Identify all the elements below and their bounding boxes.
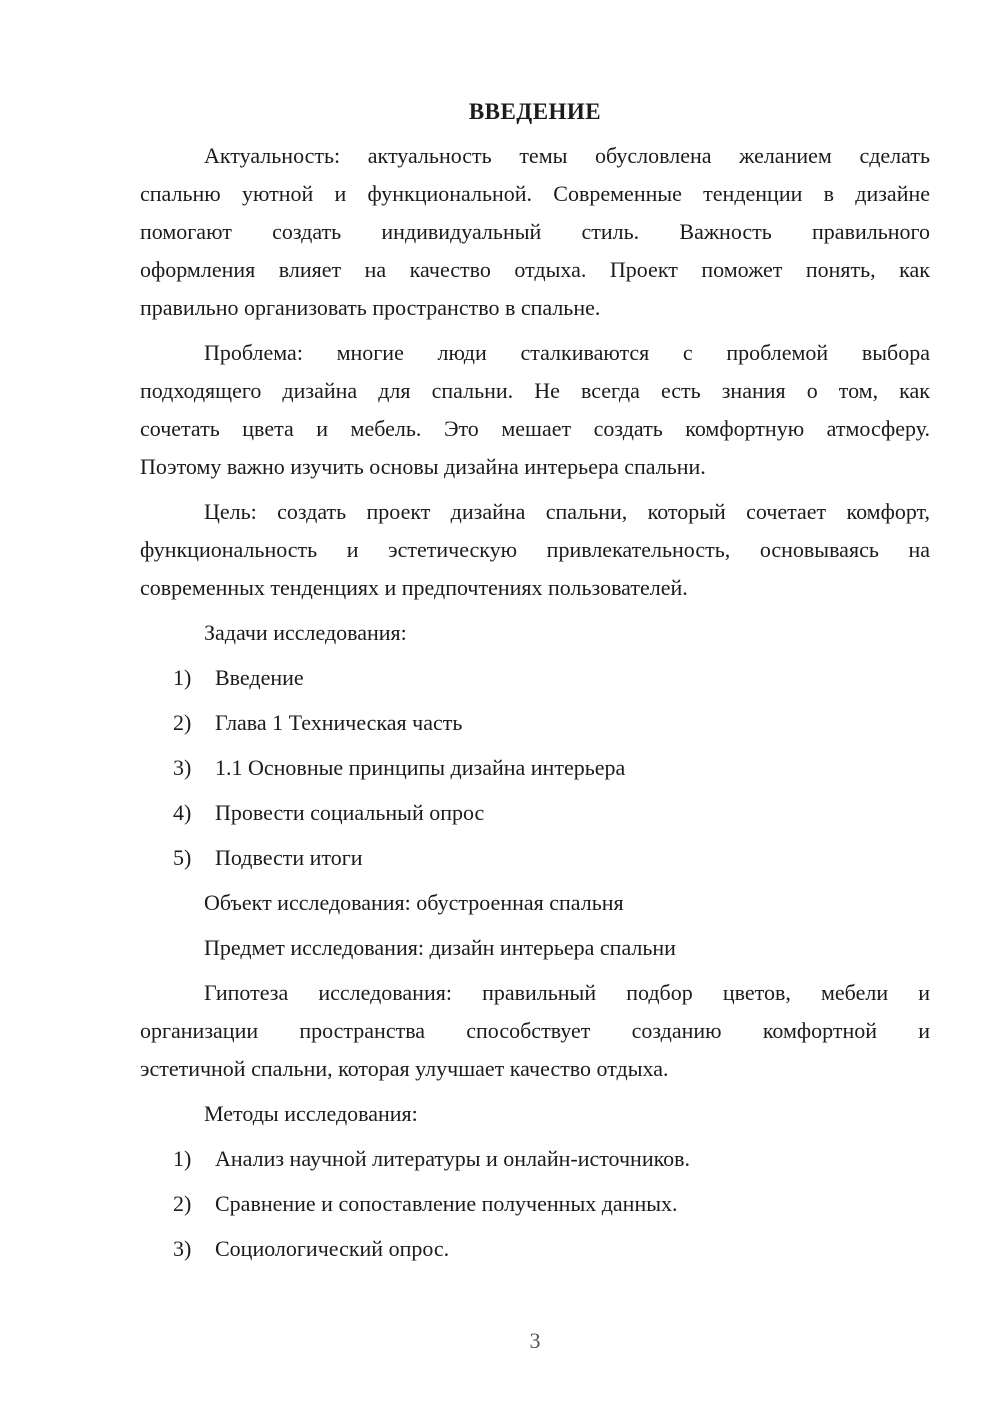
paragraph-relevance: Актуальность: актуальность темы обусловл… <box>140 137 930 327</box>
paragraph-line: Поэтому важно изучить основы дизайна инт… <box>140 448 930 486</box>
list-marker: 4) <box>173 794 215 832</box>
list-item: 1)Введение <box>140 659 930 697</box>
paragraph-line: оформления влияет на качество отдыха. Пр… <box>140 251 930 289</box>
paragraph-line: Проблема: многие люди сталкиваются с про… <box>140 334 930 372</box>
list-item-text: Подвести итоги <box>215 845 363 870</box>
paragraph-line: Цель: создать проект дизайна спальни, ко… <box>140 493 930 531</box>
list-marker: 3) <box>173 1230 215 1268</box>
methods-heading: Методы исследования: <box>140 1095 930 1133</box>
list-marker: 1) <box>173 659 215 697</box>
list-item-text: Провести социальный опрос <box>215 800 484 825</box>
paragraph-hypothesis: Гипотеза исследования: правильный подбор… <box>140 974 930 1088</box>
list-item: 2)Сравнение и сопоставление полученных д… <box>140 1185 930 1223</box>
paragraph-line: Гипотеза исследования: правильный подбор… <box>140 974 930 1012</box>
research-subject-line: Предмет исследования: дизайн интерьера с… <box>140 929 930 967</box>
list-item-text: Анализ научной литературы и онлайн-источ… <box>215 1146 690 1171</box>
paragraph-line: спальню уютной и функциональной. Совреме… <box>140 175 930 213</box>
paragraph-line: современных тенденциях и предпочтениях п… <box>140 569 930 607</box>
list-marker: 3) <box>173 749 215 787</box>
list-item: 3)Социологический опрос. <box>140 1230 930 1268</box>
list-item: 4)Провести социальный опрос <box>140 794 930 832</box>
list-item-text: Социологический опрос. <box>215 1236 449 1261</box>
document-body: Актуальность: актуальность темы обусловл… <box>140 137 930 1268</box>
list-item-text: Глава 1 Техническая часть <box>215 710 462 735</box>
document-title: ВВЕДЕНИЕ <box>140 97 930 127</box>
list-marker: 2) <box>173 704 215 742</box>
paragraph-line: функциональность и эстетическую привлека… <box>140 531 930 569</box>
page-number: 3 <box>140 1326 930 1356</box>
document-content: ВВЕДЕНИЕ Актуальность: актуальность темы… <box>140 97 930 1275</box>
tasks-heading: Задачи исследования: <box>140 614 930 652</box>
paragraph-line: подходящего дизайна для спальни. Не всег… <box>140 372 930 410</box>
paragraph-line: организации пространства способствует со… <box>140 1012 930 1050</box>
paragraph-line: правильно организовать пространство в сп… <box>140 289 930 327</box>
document-page: ВВЕДЕНИЕ Актуальность: актуальность темы… <box>0 0 1000 1414</box>
list-item-text: Сравнение и сопоставление полученных дан… <box>215 1191 678 1216</box>
paragraph-problem: Проблема: многие люди сталкиваются с про… <box>140 334 930 486</box>
paragraph-line: сочетать цвета и мебель. Это мешает созд… <box>140 410 930 448</box>
list-marker: 2) <box>173 1185 215 1223</box>
paragraph-line: эстетичной спальни, которая улучшает кач… <box>140 1050 930 1088</box>
list-item: 2)Глава 1 Техническая часть <box>140 704 930 742</box>
paragraph-line: Актуальность: актуальность темы обусловл… <box>140 137 930 175</box>
list-item: 1)Анализ научной литературы и онлайн-ист… <box>140 1140 930 1178</box>
list-marker: 1) <box>173 1140 215 1178</box>
list-item: 5)Подвести итоги <box>140 839 930 877</box>
list-marker: 5) <box>173 839 215 877</box>
list-item: 3)1.1 Основные принципы дизайна интерьер… <box>140 749 930 787</box>
research-object-line: Объект исследования: обустроенная спальн… <box>140 884 930 922</box>
paragraph-line: помогают создать индивидуальный стиль. В… <box>140 213 930 251</box>
list-item-text: 1.1 Основные принципы дизайна интерьера <box>215 755 625 780</box>
list-item-text: Введение <box>215 665 304 690</box>
paragraph-goal: Цель: создать проект дизайна спальни, ко… <box>140 493 930 607</box>
